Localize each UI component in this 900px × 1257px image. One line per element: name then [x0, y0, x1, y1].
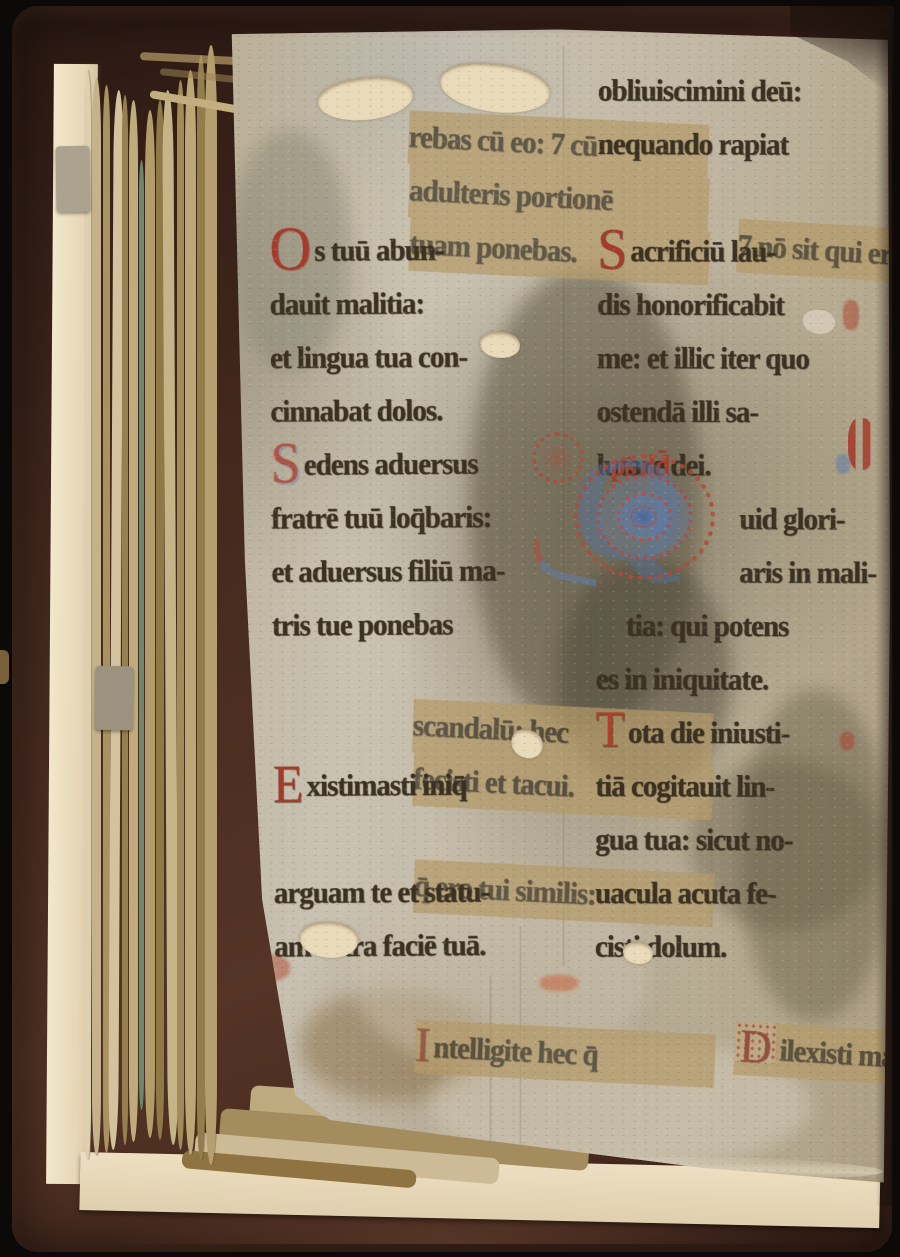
page-edge-strip — [84, 70, 91, 1160]
page-edge-strip — [139, 160, 144, 1110]
manuscript-photograph: rebas cū eo: 7 cū adulteris portionē tua… — [0, 0, 900, 1257]
red-pigment-smudge — [540, 975, 578, 991]
manuscript-page: rebas cū eo: 7 cū adulteris portionē tua… — [200, 26, 890, 1186]
clasp-remnant — [0, 650, 9, 684]
red-pigment-smudge — [840, 732, 854, 750]
manuscript-line: tris tue ponebas — [272, 597, 582, 653]
manuscript-line: arguam te et statu- — [274, 864, 584, 920]
manuscript-line: Os tuū abun- — [269, 222, 579, 278]
rubricated-initial-I: I — [414, 1020, 430, 1061]
manuscript-line: es in iniquitate. — [596, 652, 890, 707]
page-edge-strip — [122, 95, 128, 1145]
initial-core — [630, 506, 657, 528]
gutter-shadow — [876, 26, 894, 1206]
manuscript-line: dauit malitia: — [269, 276, 579, 332]
red-pigment-smudge — [848, 418, 874, 470]
page-edge-strip — [92, 78, 101, 1156]
manuscript-line: Existimasti iniq̄ — [273, 757, 583, 813]
manuscript-line: nequando rapiat — [598, 117, 890, 172]
rubricated-initial-D: D — [734, 1021, 777, 1064]
rubricated-initial-S: S — [597, 224, 626, 265]
manuscript-line: et lingua tua con- — [270, 329, 580, 385]
manuscript-line: me: et illic iter quo — [597, 331, 890, 386]
rubricated-initial-O: O — [269, 224, 310, 265]
page-edge-strip — [177, 80, 184, 1150]
page-edge-strip — [145, 110, 155, 1138]
bookmark-tab — [55, 146, 90, 213]
page-edge-strip — [129, 100, 138, 1142]
page-edge-strip — [185, 70, 196, 1155]
manuscript-line: Sacrificiū lau- — [597, 224, 890, 279]
worn-patch — [803, 310, 835, 334]
page-edge-strip — [205, 45, 217, 1165]
manuscript-line: cinnabat dolos. — [270, 383, 580, 439]
manuscript-line: tia: qui potens — [626, 599, 890, 653]
manuscript-line: aris in mali- — [739, 546, 890, 600]
manuscript-line: gua tua: sicut no- — [595, 813, 890, 868]
manuscript-line: uid glori- — [739, 492, 890, 546]
parchment-hole — [623, 942, 653, 964]
parchment-hole — [480, 332, 520, 358]
blue-pigment-smudge — [836, 454, 850, 474]
manuscript-line: uacula acuta fe- — [595, 866, 890, 921]
manuscript-line: obliuiscimini deū: — [598, 64, 890, 119]
red-pigment-smudge — [843, 300, 859, 330]
manuscript-line: fratrē tuū loq̄baris: — [271, 490, 581, 546]
page-edge-strip — [197, 55, 205, 1160]
rubricated-initial-E: E — [273, 759, 303, 800]
rubricated-initial-T: T — [596, 706, 624, 747]
penwork-rosette — [532, 432, 584, 484]
decorated-initial-S: S — [271, 438, 300, 479]
ornate-initial-Q: Q — [560, 450, 725, 590]
manuscript-line: tiā cogitauit lin- — [595, 759, 890, 814]
bookmark-tab — [94, 666, 133, 731]
